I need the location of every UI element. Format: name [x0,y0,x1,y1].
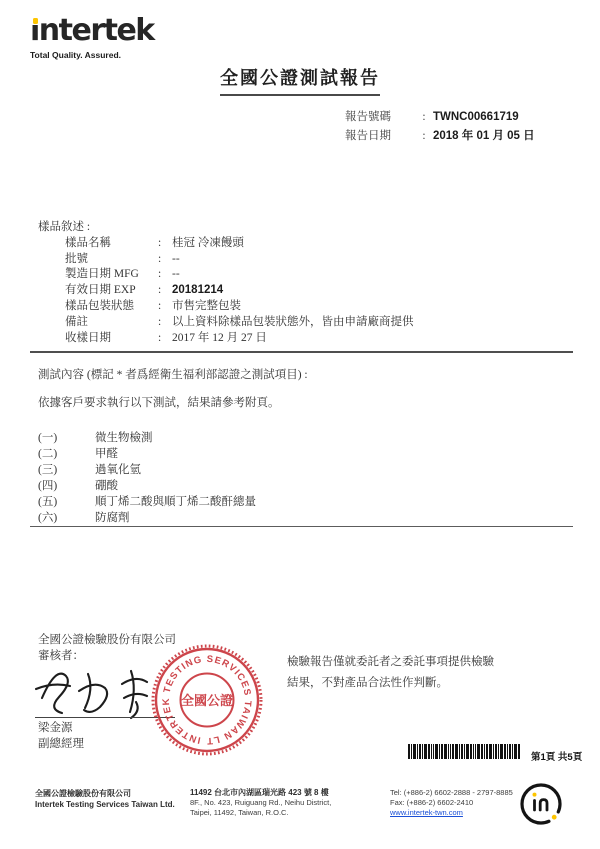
footer-company-zh: 全國公證檢驗股份有限公司 [35,788,185,799]
footer-fax: Fax: (+886-2) 6602-2410 [390,798,520,808]
colon: : [415,127,433,146]
page-title: 全國公證測試報告 [0,64,600,96]
list-item: (一) 微生物檢測 [38,430,308,446]
footer-website-link[interactable]: www.intertek-twn.com [390,808,520,818]
page-indicator: 第1頁 共5頁 [531,749,582,763]
report-date-label: 報告日期 [345,127,415,146]
remark-value: 以上資料除樣品包裝狀態外，皆由申請廠商提供 [172,315,414,331]
footer-address-en2: Taipei, 11492, Taiwan, R.O.C. [190,808,385,818]
sample-description-section: 樣品敘述 : 樣品名稱 : 桂冠 冷凍饅頭 批號 : -- 製造日期 MFG :… [38,220,414,346]
brand-tagline: Total Quality. Assured. [30,50,170,60]
stamp-center-text: 全國公證 [181,693,233,708]
test-content-section: 測試內容 (標記 * 者爲經衛生福利部認證之測試項目) : 依據客戶要求執行以下… [38,366,308,527]
sample-row-received: 收樣日期 : 2017 年 12 月 27 日 [65,331,414,347]
report-meta: 報告號碼 : TWNC00661719 報告日期 : 2018 年 01 月 0… [345,108,535,146]
sample-row-remark: 備註 : 以上資料除樣品包裝狀態外，皆由申請廠商提供 [65,315,414,331]
list-item: (四) 硼酸 [38,478,308,494]
batch-value: -- [172,252,180,268]
section-divider [30,526,573,527]
intertek-wordmark: intertek [30,14,170,48]
sample-name-value: 桂冠 冷凍饅頭 [172,236,244,252]
sample-section-heading: 樣品敘述 : [38,220,414,236]
footer-address-zh: 11492 台北市內湖區瑞光路 423 號 8 樓 [190,788,385,798]
report-page: intertek Total Quality. Assured. 全國公證測試報… [0,0,600,849]
mfg-date-value: -- [172,267,180,283]
test-content-heading: 測試內容 (標記 * 者爲經衛生福利部認證之測試項目) : [38,366,308,382]
colon: : [415,108,433,127]
intertek-circle-logo-icon [517,780,565,828]
report-date-value: 2018 年 01 月 05 日 [433,127,535,146]
company-stamp: INTERTEK TESTING SERVICES TAIWAN LTD. 全國… [148,641,266,759]
list-item: (五) 順丁烯二酸與順丁烯二酸酐總量 [38,494,308,510]
disclaimer-text: 檢驗報告僅就委託者之委託事項提供檢驗結果，不對產品合法性作判斷。 [287,652,495,694]
list-item: (六) 防腐劑 [38,510,308,526]
section-divider [30,351,573,353]
footer-address-en1: 8F., No. 423, Ruiguang Rd., Neihu Distri… [190,798,385,808]
received-date-value: 2017 年 12 月 27 日 [172,331,267,347]
report-number-label: 報告號碼 [345,108,415,127]
list-item: (二) 甲醛 [38,446,308,462]
footer-company-en: Intertek Testing Services Taiwan Ltd. [35,799,185,810]
sample-row-exp: 有效日期 EXP : 20181214 [65,283,414,299]
intertek-logo: intertek Total Quality. Assured. [30,14,170,60]
report-date-row: 報告日期 : 2018 年 01 月 05 日 [345,127,535,146]
signer-name: 梁金源 [38,720,73,736]
intertek-wordmark-text: intertek [30,13,154,48]
footer-contact: Tel: (+886-2) 6602-2888 - 2797-8885 Fax:… [390,788,520,818]
footer-company: 全國公證檢驗股份有限公司 Intertek Testing Services T… [35,788,185,810]
sample-row-packaging: 樣品包裝狀態 : 市售完整包裝 [65,299,414,315]
footer-tel: Tel: (+886-2) 6602-2888 - 2797-8885 [390,788,520,798]
sample-row-name: 樣品名稱 : 桂冠 冷凍饅頭 [65,236,414,252]
test-instruction: 依據客戶要求執行以下測試，結果請參考附頁。 [38,394,308,410]
packaging-value: 市售完整包裝 [172,299,241,315]
sample-row-mfg: 製造日期 MFG : -- [65,267,414,283]
report-number-row: 報告號碼 : TWNC00661719 [345,108,535,127]
exp-date-value: 20181214 [172,283,223,299]
logo-yellow-dot-icon [33,18,39,24]
footer-address: 11492 台北市內湖區瑞光路 423 號 8 樓 8F., No. 423, … [190,788,385,818]
report-number-value: TWNC00661719 [433,108,519,127]
sample-row-batch: 批號 : -- [65,252,414,268]
list-item: (三) 過氧化氫 [38,462,308,478]
barcode-icon [408,744,521,759]
signer-title: 副總經理 [38,736,84,752]
test-item-list: (一) 微生物檢測 (二) 甲醛 (三) 過氧化氫 (四) 硼酸 (五) 順丁烯… [38,430,308,527]
